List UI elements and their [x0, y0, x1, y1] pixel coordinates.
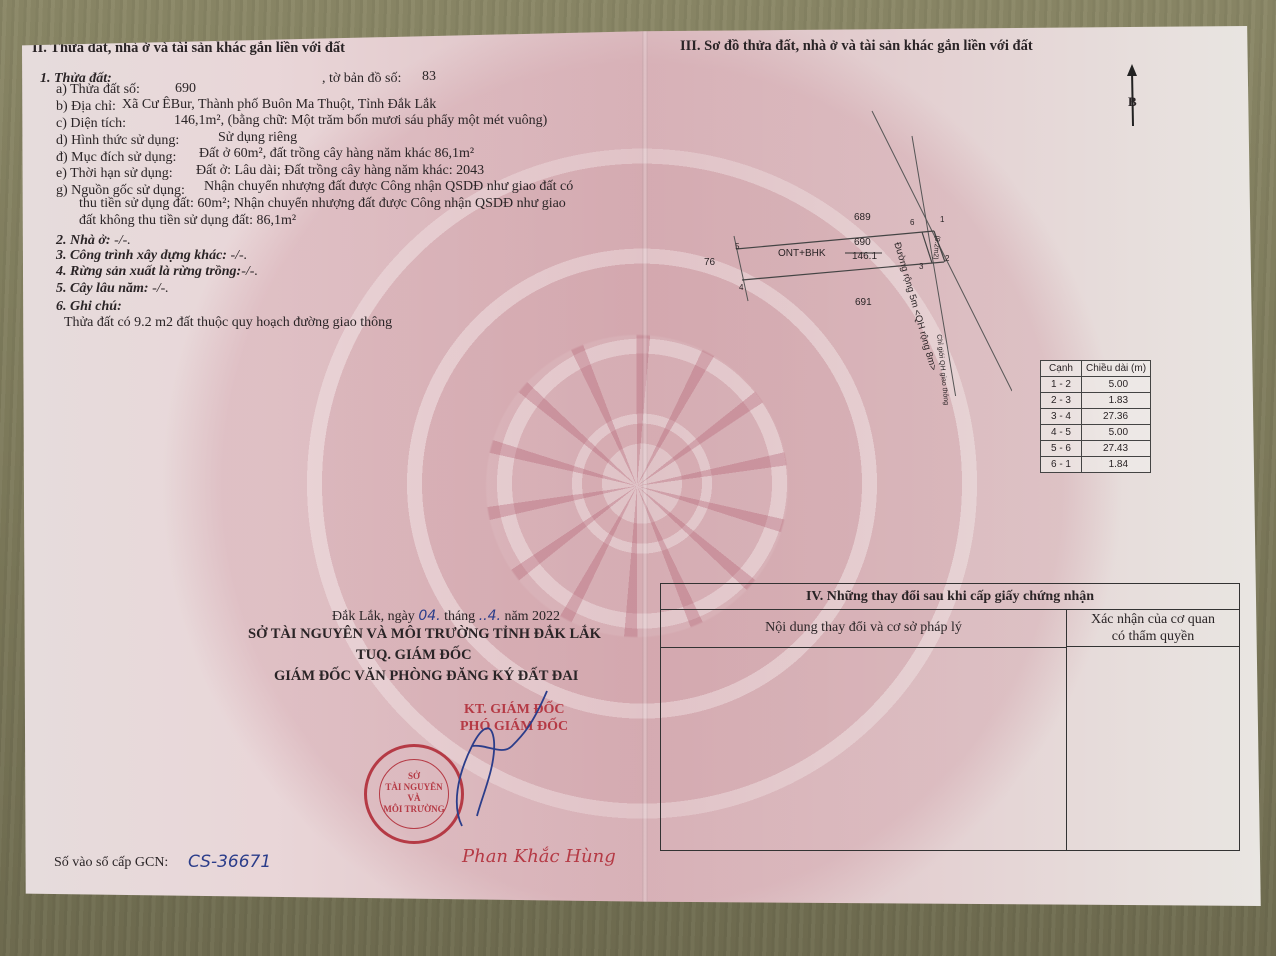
- changes-table: IV. Những thay đổi sau khi cấp giấy chứn…: [660, 583, 1240, 851]
- length-cell: 27.36: [1082, 409, 1151, 425]
- section-iii-title: III. Sơ đồ thửa đất, nhà ở và tài sản kh…: [680, 38, 1033, 55]
- on-behalf-of: TUQ. GIÁM ĐỐC: [356, 647, 472, 663]
- registry-value: CS-36671: [188, 852, 271, 872]
- item-other-construction-label: 3. Công trình xây dựng khác:: [56, 248, 227, 263]
- address-value: Xã Cư ÊBur, Thành phố Buôn Ma Thuột, Tỉn…: [122, 97, 436, 113]
- length-cell: 5.00: [1082, 425, 1151, 441]
- item-house-value: -/-.: [114, 233, 131, 248]
- edge-cell: 3 - 4: [1041, 409, 1082, 425]
- term-label: e) Thời hạn sử dụng:: [56, 166, 173, 182]
- place-date-prefix: Đắk Lắk, ngày: [332, 609, 415, 624]
- map-sheet-number: 83: [422, 69, 436, 85]
- item-other-construction-value: -/-.: [230, 248, 247, 263]
- item-forest-label: 4. Rừng sản xuất là rừng trồng:: [56, 264, 241, 279]
- length-cell: 5.00: [1082, 377, 1151, 393]
- changes-title: IV. Những thay đổi sau khi cấp giấy chứn…: [661, 584, 1239, 610]
- edge-cell: 6 - 1: [1041, 457, 1082, 473]
- length-cell: 1.84: [1082, 457, 1151, 473]
- edge-table-header: Cạnh Chiều dài (m): [1041, 361, 1151, 377]
- length-cell: 1.83: [1082, 393, 1151, 409]
- edge-cell: 1 - 2: [1041, 377, 1082, 393]
- length-cell: 27.43: [1082, 441, 1151, 457]
- area-label: c) Diện tích:: [56, 116, 126, 132]
- edge-length-table: Cạnh Chiều dài (m) 1 - 25.00 2 - 31.83 3…: [1040, 360, 1151, 473]
- certificate-sheet: II. Thửa đất, nhà ở và tài sản khác gắn …: [22, 26, 1262, 906]
- signer-title: GIÁM ĐỐC VĂN PHÒNG ĐĂNG KÝ ĐẤT ĐAI: [274, 668, 578, 684]
- plot-number-label: a) Thửa đất số:: [56, 82, 140, 98]
- table-row: 5 - 627.43: [1041, 441, 1151, 457]
- year-label: năm 2022: [504, 609, 560, 624]
- signing-month: ..4.: [479, 608, 501, 624]
- edge-cell: 4 - 5: [1041, 425, 1082, 441]
- item-perennial-label: 5. Cây lâu năm:: [56, 281, 149, 296]
- table-row: 6 - 11.84: [1041, 457, 1151, 473]
- signer-name: Phan Khắc Hùng: [462, 846, 616, 867]
- usage-form-value: Sử dụng riêng: [218, 130, 297, 146]
- vertex-5: 5: [735, 242, 739, 251]
- edge-cell: 5 - 6: [1041, 441, 1082, 457]
- plot-number-diagram: 690: [854, 237, 871, 248]
- table-row: 3 - 427.36: [1041, 409, 1151, 425]
- vertex-2: 2: [945, 254, 949, 263]
- area-value: 146,1m², (bằng chữ: Một trăm bốn mươi sá…: [174, 113, 547, 129]
- purpose-label: đ) Mục đích sử dụng:: [56, 150, 176, 166]
- signature-scribble: [432, 686, 552, 836]
- issuing-org: SỞ TÀI NGUYÊN VÀ MÔI TRƯỜNG TỈNH ĐẮK LẮK: [248, 626, 601, 642]
- vertex-6: 6: [910, 218, 914, 227]
- note-text: Thửa đất có 9.2 m2 đất thuộc quy hoạch đ…: [64, 315, 392, 331]
- header-edge: Cạnh: [1041, 361, 1082, 377]
- neighbor-north: 689: [854, 212, 871, 223]
- changes-content-header: Nội dung thay đổi và cơ sở pháp lý: [661, 609, 1066, 648]
- vertex-1: 1: [940, 215, 944, 224]
- month-label: tháng: [444, 609, 475, 624]
- plot-area-diagram: 146.1: [852, 251, 877, 262]
- column-divider: [1066, 647, 1067, 850]
- vertex-3: 3: [919, 262, 923, 271]
- section-ii-title: II. Thửa đất, nhà ở và tài sản khác gắn …: [32, 40, 345, 57]
- north-label: B: [1128, 94, 1137, 110]
- confirmation-header-line-1: Xác nhận của cơ quan: [1067, 611, 1239, 628]
- table-row: 2 - 31.83: [1041, 393, 1151, 409]
- table-row: 4 - 55.00: [1041, 425, 1151, 441]
- registry-label: Số vào sổ cấp GCN:: [54, 855, 168, 871]
- item-forest-value: -/-.: [241, 264, 258, 279]
- center-fold: [642, 26, 648, 906]
- note-heading: 6. Ghi chú:: [56, 299, 122, 315]
- term-value: Đất ở: Lâu dài; Đất trồng cây hàng năm k…: [196, 163, 484, 179]
- changes-confirmation-header: Xác nhận của cơ quan có thẩm quyền: [1066, 609, 1239, 647]
- origin-line-1: Nhận chuyển nhượng đất được Công nhận QS…: [204, 179, 573, 195]
- map-sheet-label: , tờ bản đồ số:: [322, 71, 401, 87]
- origin-line-2: thu tiền sử dụng đất: 60m²; Nhận chuyển …: [79, 196, 566, 212]
- edge-cell: 2 - 3: [1041, 393, 1082, 409]
- item-other-construction: 3. Công trình xây dựng khác: -/-.: [56, 248, 247, 264]
- address-label: b) Địa chỉ:: [56, 99, 116, 115]
- item-house-label: 2. Nhà ở:: [56, 233, 111, 248]
- plot-land-code: ONT+BHK: [778, 248, 826, 259]
- item-perennial-value: -/-.: [152, 281, 169, 296]
- item-forest: 4. Rừng sản xuất là rừng trồng:-/-.: [56, 264, 258, 280]
- item-perennial: 5. Cây lâu năm: -/-.: [56, 281, 169, 297]
- signing-day: 04.: [418, 608, 440, 624]
- place-date: Đắk Lắk, ngày 04. tháng ..4. năm 2022: [332, 608, 560, 625]
- usage-form-label: d) Hình thức sử dụng:: [56, 133, 179, 149]
- confirmation-header-line-2: có thẩm quyền: [1067, 628, 1239, 645]
- neighbor-south: 691: [855, 297, 872, 308]
- plot-number: 690: [175, 81, 196, 97]
- table-row: 1 - 25.00: [1041, 377, 1151, 393]
- vertex-4: 4: [739, 283, 743, 292]
- purpose-value: Đất ở 60m², đất trồng cây hàng năm khác …: [199, 146, 474, 162]
- origin-line-3: đất không thu tiền sử dụng đất: 86,1m²: [79, 213, 296, 229]
- header-length: Chiều dài (m): [1082, 361, 1151, 377]
- neighbor-west: 76: [704, 257, 715, 268]
- item-house: 2. Nhà ở: -/-.: [56, 233, 131, 249]
